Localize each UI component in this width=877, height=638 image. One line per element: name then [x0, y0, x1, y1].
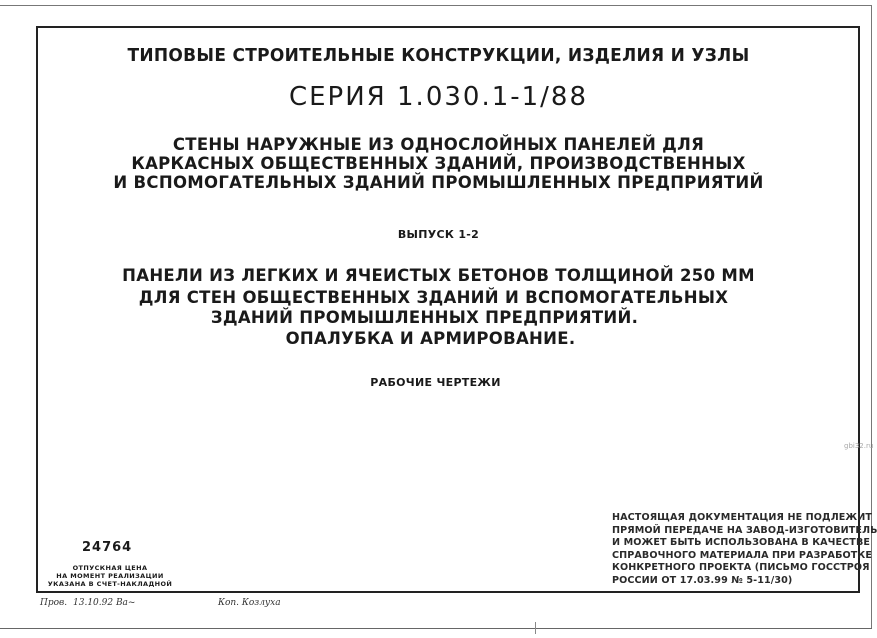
watermark: gbi32.ru	[844, 442, 873, 450]
copied-signature: Коп. Козлуха	[218, 598, 281, 608]
subject-line: И ВСПОМОГАТЕЛЬНЫХ ЗДАНИЙ ПРОМЫШЛЕННЫХ ПР…	[0, 173, 877, 192]
subject-line: КАРКАСНЫХ ОБЩЕСТВЕННЫХ ЗДАНИЙ, ПРОИЗВОДС…	[0, 154, 877, 173]
notice-line: СПРАВОЧНОГО МАТЕРИАЛА ПРИ РАЗРАБОТКЕ	[612, 550, 877, 563]
series-title: СЕРИЯ 1.030.1-1/88	[0, 82, 877, 112]
checked-label: Пров.	[40, 598, 67, 608]
issue-title-line: ЗДАНИЙ ПРОМЫШЛЕННЫХ ПРЕДПРИЯТИЙ.	[0, 308, 863, 327]
issue-title-line: ДЛЯ СТЕН ОБЩЕСТВЕННЫХ ЗДАНИЙ И ВСПОМОГАТ…	[0, 288, 872, 307]
notice-line: РОССИИ ОТ 17.03.99 № 5-11/30)	[612, 575, 877, 588]
document-type: РАБОЧИЕ ЧЕРТЕЖИ	[0, 376, 874, 389]
subject-line: СТЕНЫ НАРУЖНЫЕ ИЗ ОДНОСЛОЙНЫХ ПАНЕЛЕЙ ДЛ…	[0, 135, 877, 154]
price-line: НА МОМЕНТ РЕАЛИЗАЦИИ	[40, 572, 180, 580]
outer-border-top	[0, 5, 872, 6]
issue-title-line: ОПАЛУБКА И АРМИРОВАНИЕ.	[0, 329, 869, 348]
notice-line: ПРЯМОЙ ПЕРЕДАЧЕ НА ЗАВОД-ИЗГОТОВИТЕЛЬ	[612, 525, 877, 538]
price-line: ОТПУСКНАЯ ЦЕНА	[40, 564, 180, 572]
notice-line: И МОЖЕТ БЫТЬ ИСПОЛЬЗОВАНА В КАЧЕСТВЕ	[612, 537, 877, 550]
notice-line: КОНКРЕТНОГО ПРОЕКТА (ПИСЬМО ГОССТРОЯ	[612, 562, 877, 575]
notice-line: НАСТОЯЩАЯ ДОКУМЕНТАЦИЯ НЕ ПОДЛЕЖИТ	[612, 512, 877, 525]
price-note: ОТПУСКНАЯ ЦЕНА НА МОМЕНТ РЕАЛИЗАЦИИ УКАЗ…	[40, 564, 180, 588]
inventory-number: 24764	[82, 540, 132, 555]
issue-number: ВЫПУСК 1-2	[0, 228, 877, 241]
fold-mark	[535, 622, 536, 634]
price-line: УКАЗАНА В СЧЕТ-НАКЛАДНОЙ	[40, 580, 180, 588]
header-title: ТИПОВЫЕ СТРОИТЕЛЬНЫЕ КОНСТРУКЦИИ, ИЗДЕЛИ…	[0, 46, 877, 67]
checked-signature: 13.10.92 Ва~	[73, 598, 135, 608]
usage-notice: НАСТОЯЩАЯ ДОКУМЕНТАЦИЯ НЕ ПОДЛЕЖИТ ПРЯМО…	[612, 512, 877, 587]
outer-border-bottom	[0, 628, 872, 629]
issue-title-line: ПАНЕЛИ ИЗ ЛЕГКИХ И ЯЧЕИСТЫХ БЕТОНОВ ТОЛЩ…	[0, 266, 877, 285]
